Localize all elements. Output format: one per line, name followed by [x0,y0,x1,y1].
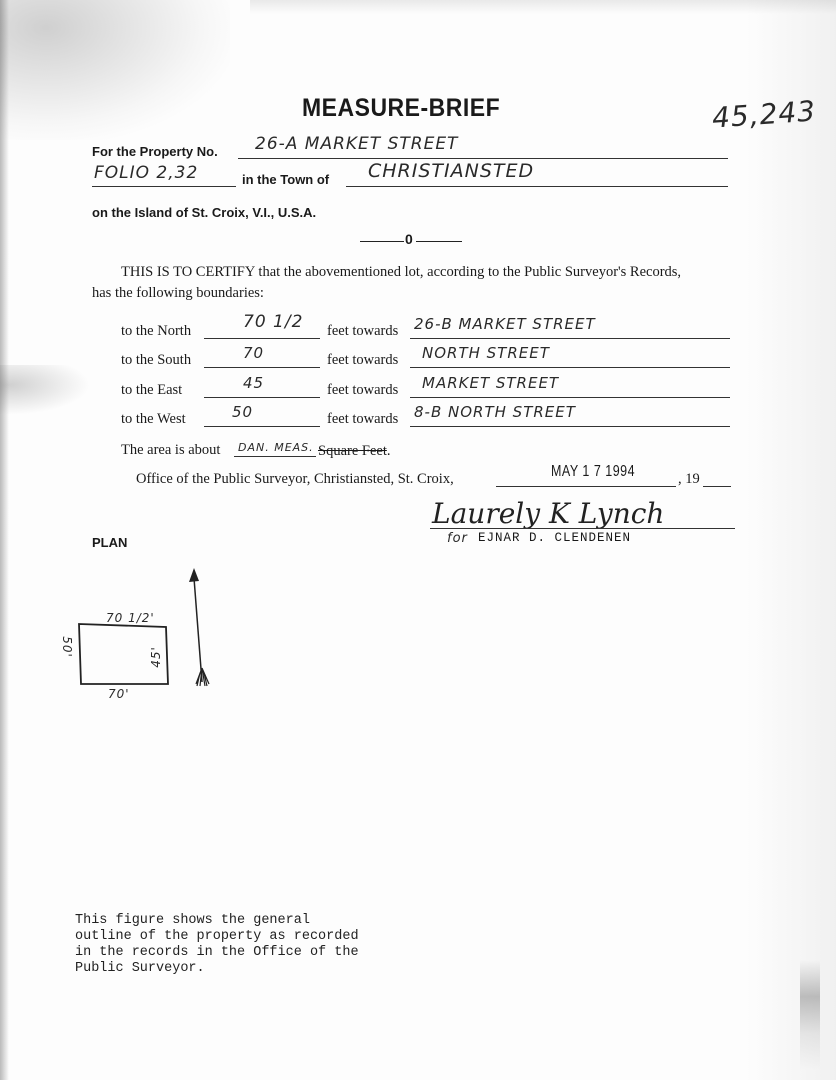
area-unit-struck: Square Feet [318,443,387,459]
feet-underline [204,367,320,368]
year-prefix: , 19 [678,471,700,488]
town-underline [346,186,728,187]
boundary-feet: 70 [243,344,264,362]
feet-underline [204,397,320,398]
signatory-name: EJNAR D. CLENDENEN [478,531,631,545]
property-value: 26-A MARKET STREET [255,134,458,154]
signature: Laurely K Lynch [432,497,664,530]
area-underline [234,456,316,457]
plan-bottom-dimension: 70' [108,687,130,701]
plan-label: PLAN [92,535,127,550]
feet-towards-label: feet towards [327,323,398,340]
divider-symbol: 0 [405,231,413,247]
plan-top-dimension: 70 1/2' [106,611,155,625]
office-line: Office of the Public Surveyor, Christian… [136,471,454,488]
boundary-label: to the North [121,323,191,340]
certify-text-line-1: THIS IS TO CERTIFY that the abovemention… [121,264,681,281]
feet-underline [204,338,320,339]
scan-noise [800,960,820,1070]
towards-underline [410,367,730,368]
date-underline [496,486,676,487]
property-label: For the Property No. [92,144,218,159]
folio-value: FOLIO 2,32 [94,163,198,183]
signature-line [430,528,735,529]
property-underline [238,158,728,159]
boundary-towards: MARKET STREET [422,374,559,392]
island-line: on the Island of St. Croix, V.I., U.S.A. [92,205,316,220]
plan-right-dimension: 45' [149,646,163,668]
town-label: in the Town of [242,172,329,187]
feet-towards-label: feet towards [327,382,398,399]
area-end: . [387,443,391,459]
scan-noise [0,365,90,415]
document-title: MEASURE-BRIEF [302,93,500,123]
towards-underline [410,426,730,427]
plan-caption: This figure shows the general outline of… [75,913,359,977]
boundary-label: to the West [121,411,186,428]
area-value: DAN. MEAS. [238,441,314,454]
date-stamp: MAY 1 7 1994 [551,462,635,480]
boundary-towards: NORTH STREET [422,344,550,362]
document-number: 45,243 [711,94,817,134]
feet-towards-label: feet towards [327,411,398,428]
plan-left-dimension: 50' [60,636,74,658]
certify-text-line-2: has the following boundaries: [92,285,264,302]
boundary-label: to the South [121,352,191,369]
area-label: The area is about [121,442,220,459]
boundary-label: to the East [121,382,182,399]
town-value: CHRISTIANSTED [368,160,534,182]
boundary-feet: 70 1/2 [243,312,303,332]
towards-underline [410,338,730,339]
boundary-feet: 45 [243,374,264,392]
scan-noise [0,0,9,1080]
scan-noise [250,0,836,14]
north-arrow-icon [189,568,209,686]
scan-noise [746,0,836,1080]
boundary-towards: 8-B NORTH STREET [414,403,576,421]
feet-underline [204,426,320,427]
folio-underline [92,186,236,187]
boundary-towards: 26-B MARKET STREET [414,315,596,333]
signatory-prefix: for [447,531,468,546]
scan-noise [0,0,230,140]
plan-drawing [60,560,230,710]
divider-line-left [360,241,404,242]
boundary-feet: 50 [232,403,253,421]
divider-line-right [416,241,462,242]
towards-underline [410,397,730,398]
year-underline [703,486,731,487]
feet-towards-label: feet towards [327,352,398,369]
